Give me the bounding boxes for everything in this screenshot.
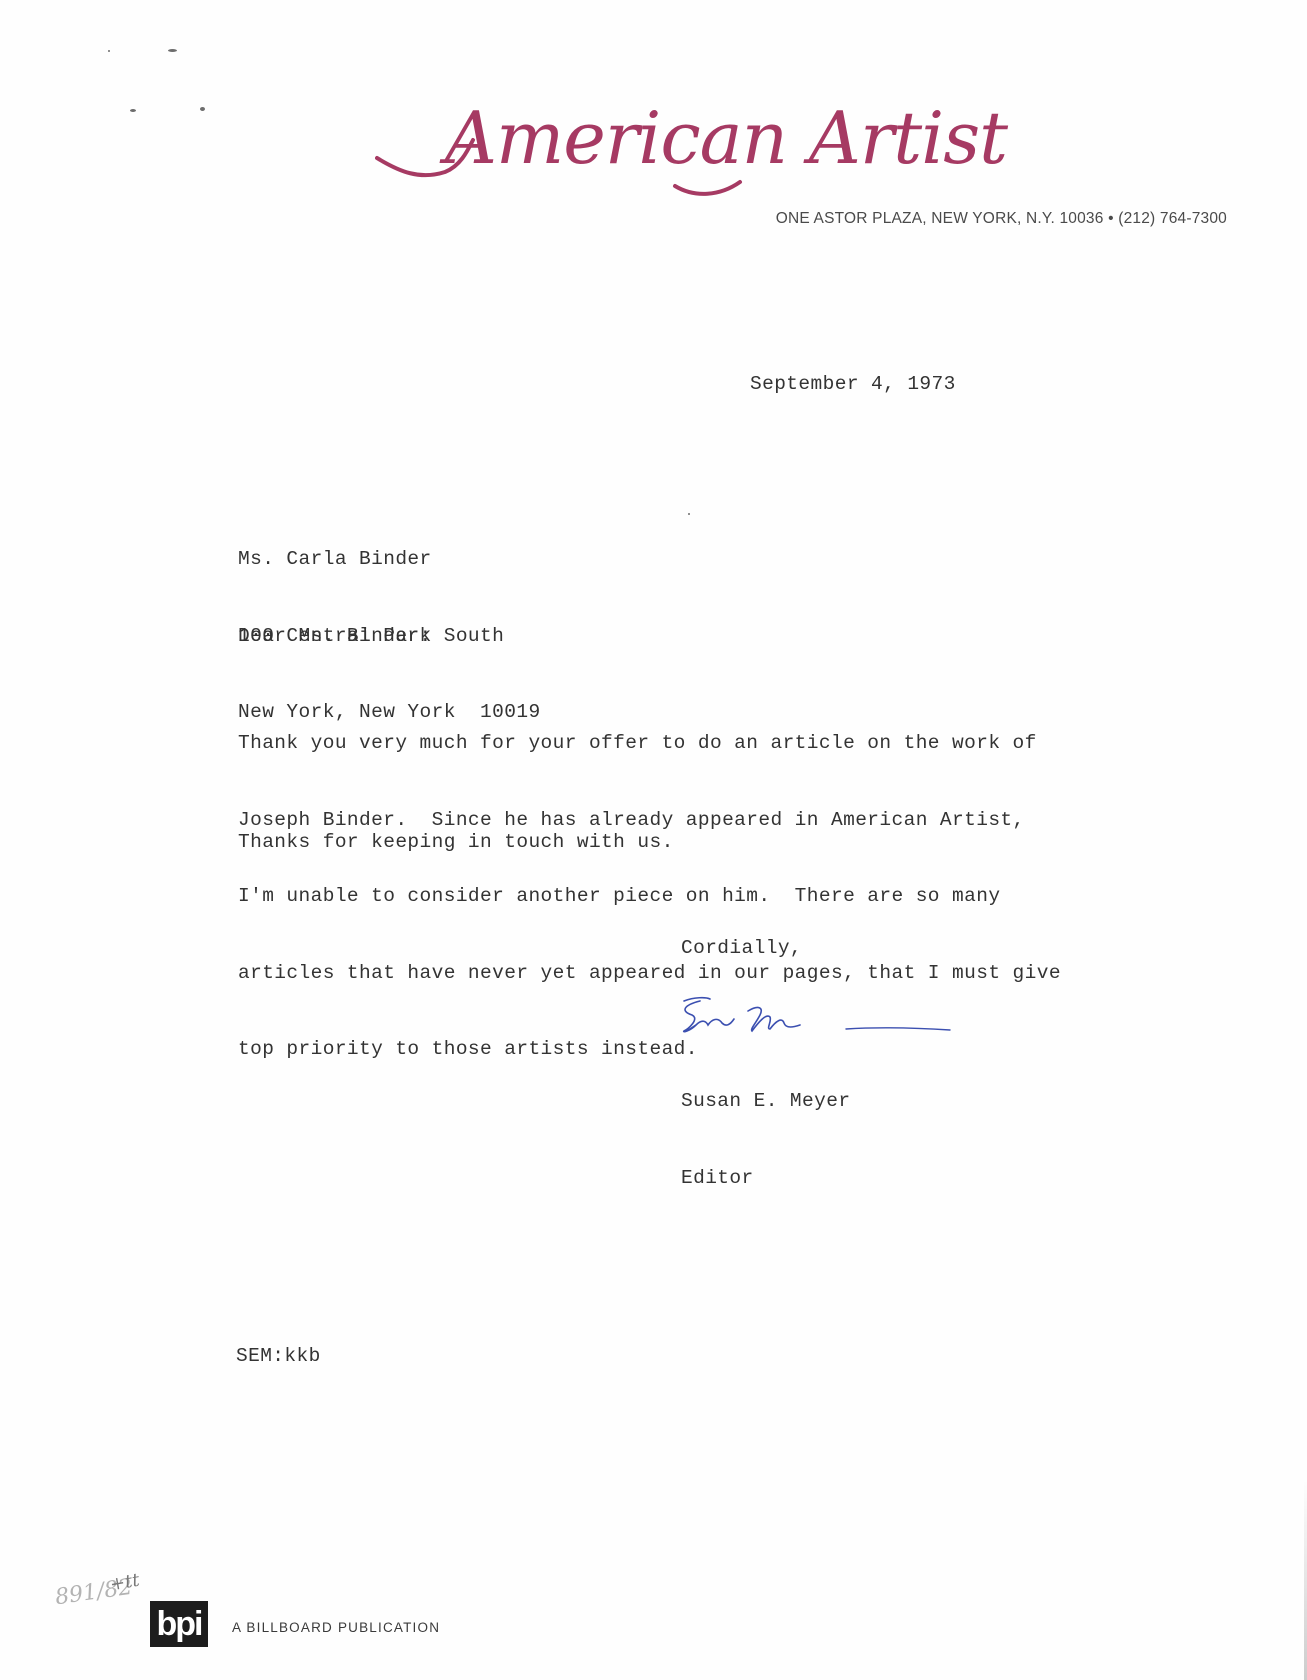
body-line: articles that have never yet appeared in…	[238, 961, 1061, 987]
recipient-name: Ms. Carla Binder	[238, 547, 541, 573]
letterhead-address: ONE ASTOR PLAZA, NEW YORK, N.Y. 10036 • …	[776, 210, 1227, 228]
signer-block: Susan E. Meyer Editor	[681, 1038, 850, 1242]
publisher-line: A BILLBOARD PUBLICATION	[232, 1620, 440, 1635]
body-line: Thank you very much for your offer to do…	[238, 731, 1061, 757]
letter-date: September 4, 1973	[750, 372, 956, 398]
handwritten-mark: +tt	[108, 1570, 141, 1596]
brand-name: American Artist	[445, 102, 1007, 174]
letter-page: American Artist ONE ASTOR PLAZA, NEW YOR…	[0, 0, 1307, 1680]
scan-speck	[168, 49, 177, 52]
signoff: Cordially,	[681, 936, 802, 962]
scan-speck	[688, 513, 690, 515]
body-paragraph: Thank you very much for your offer to do…	[238, 680, 1061, 1114]
signer-name: Susan E. Meyer	[681, 1089, 850, 1115]
reference-initials: SEM:kkb	[236, 1344, 321, 1370]
signer-title: Editor	[681, 1166, 850, 1192]
bpi-logo: bpi	[150, 1601, 208, 1647]
scan-speck	[130, 109, 136, 112]
salutation: Dear Ms. Binder:	[238, 624, 432, 650]
american-artist-logo: American Artist	[375, 92, 915, 212]
scan-speck	[200, 107, 205, 111]
scan-speck	[108, 50, 110, 52]
closing-paragraph: Thanks for keeping in touch with us.	[238, 830, 674, 856]
body-line: I'm unable to consider another piece on …	[238, 884, 1061, 910]
